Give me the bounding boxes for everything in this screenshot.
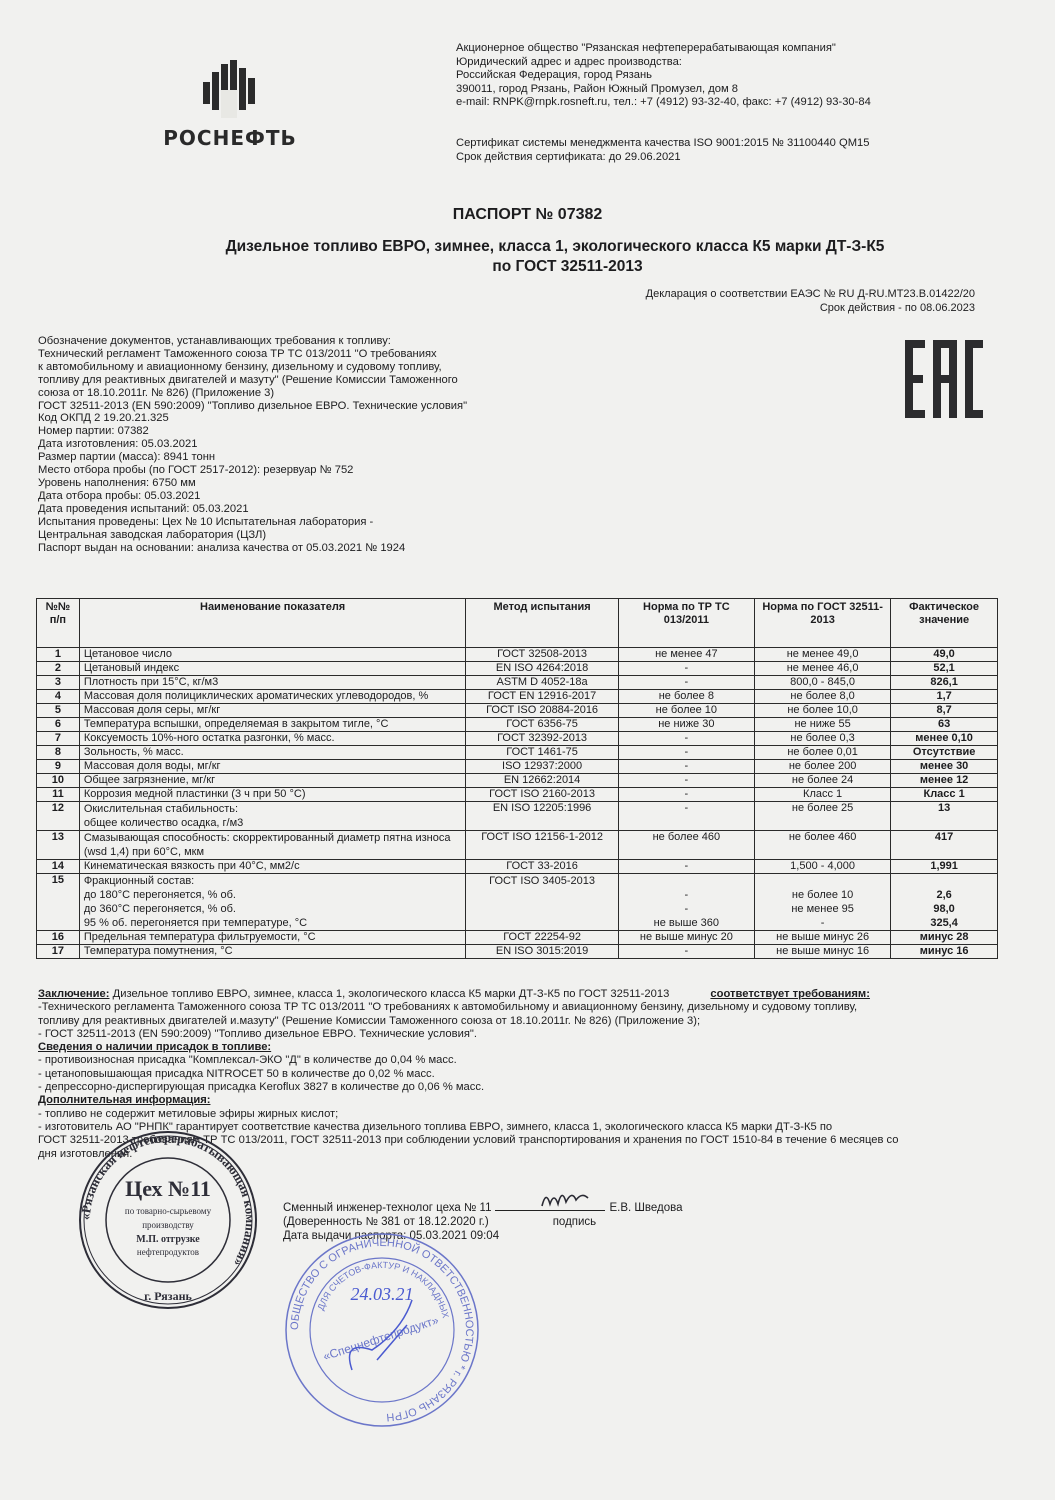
test-method: ГОСТ ISO 2160-2013 bbox=[466, 788, 618, 802]
indicator-name: Кинематическая вязкость при 40°С, мм2/с bbox=[79, 860, 466, 874]
signature-caption: подпись bbox=[553, 1216, 596, 1228]
norm-gost: 800,0 - 845,0 bbox=[755, 676, 891, 690]
test-method: ГОСТ 6356-75 bbox=[466, 718, 618, 732]
table-row: 4Массовая доля полициклических ароматиче… bbox=[37, 690, 998, 704]
actual-value: Отсутствие bbox=[891, 746, 998, 760]
product-standard: по ГОСТ 32511-2013 bbox=[0, 258, 1055, 276]
norm-tr-ts: - bbox=[618, 746, 754, 760]
declaration-number: Декларация о соответствии ЕАЭС № RU Д-RU… bbox=[646, 288, 975, 302]
norm-tr-ts: не более 10 bbox=[618, 704, 754, 718]
info-line: к автомобильному и авиационному бензину,… bbox=[38, 361, 558, 374]
table-row: 2Цетановый индексEN ISO 4264:2018-не мен… bbox=[37, 662, 998, 676]
passport-title: ПАСПОРТ № 07382 bbox=[0, 206, 1055, 224]
test-method: ГОСТ 22254-92 bbox=[466, 931, 618, 945]
norm-tr-ts: не менее 47 bbox=[618, 648, 754, 662]
norm-tr-ts: - bbox=[618, 802, 754, 831]
conclusion-text: Дизельное топливо ЕВРО, зимнее, класса 1… bbox=[110, 988, 670, 1000]
info-line: Паспорт выдан на основании: анализа каче… bbox=[38, 542, 558, 555]
info-line: топливу для реактивных двигателей и мазу… bbox=[38, 374, 558, 387]
col-norm-tr: Норма по ТР ТС 013/2011 bbox=[618, 599, 754, 648]
info-line: Размер партии (масса): 8941 тонн bbox=[38, 451, 558, 464]
address-country: Российская Федерация, город Рязань bbox=[456, 69, 871, 83]
info-line: Дата изготовления: 05.03.2021 bbox=[38, 438, 558, 451]
norm-gost: не выше минус 26 bbox=[755, 931, 891, 945]
col-number: №№ п/п bbox=[37, 599, 80, 648]
product-title: Дизельное топливо ЕВРО, зимнее, класса 1… bbox=[0, 238, 1055, 256]
test-method: ISO 12937:2000 bbox=[466, 760, 618, 774]
row-number: 17 bbox=[37, 945, 80, 959]
info-line: союза от 18.10.2011г. № 826) (Приложение… bbox=[38, 387, 558, 400]
row-number: 14 bbox=[37, 860, 80, 874]
test-method: ГОСТ 33-2016 bbox=[466, 860, 618, 874]
indicator-name: Смазывающая способность: скорректированн… bbox=[79, 831, 466, 860]
actual-value: 13 bbox=[891, 802, 998, 831]
norm-tr-ts: - bbox=[618, 732, 754, 746]
row-number: 16 bbox=[37, 931, 80, 945]
indicator-name: Окислительная стабильность:общее количес… bbox=[79, 802, 466, 831]
test-method: ГОСТ ISO 12156-1-2012 bbox=[466, 831, 618, 860]
indicator-name: Плотность при 15°С, кг/м3 bbox=[79, 676, 466, 690]
indicator-name: Массовая доля воды, мг/кг bbox=[79, 760, 466, 774]
table-row: 7Коксуемость 10%-ного остатка разгонки, … bbox=[37, 732, 998, 746]
actual-value: 8,7 bbox=[891, 704, 998, 718]
address-street: 390011, город Рязань, Район Южный Промуз… bbox=[456, 83, 871, 97]
svg-text:24.03.21: 24.03.21 bbox=[351, 1284, 414, 1304]
actual-value: 417 bbox=[891, 831, 998, 860]
table-row: 15Фракционный состав:до 180°С перегоняет… bbox=[37, 874, 998, 931]
conclusion-label: Заключение: bbox=[38, 988, 110, 1000]
table-row: 17Температура помутнения, °СEN ISO 3015:… bbox=[37, 945, 998, 959]
extra-info-label: Дополнительная информация: bbox=[38, 1094, 1028, 1107]
test-method: EN ISO 12205:1996 bbox=[466, 802, 618, 831]
indicator-name: Предельная температура фильтруемости, °С bbox=[79, 931, 466, 945]
info-line: Дата отбора пробы: 05.03.2021 bbox=[38, 490, 558, 503]
row-number: 7 bbox=[37, 732, 80, 746]
indicator-name: Фракционный состав:до 180°С перегоняется… bbox=[79, 874, 466, 931]
test-method: EN ISO 4264:2018 bbox=[466, 662, 618, 676]
row-number: 15 bbox=[37, 874, 80, 931]
eac-mark-icon bbox=[905, 340, 983, 423]
info-line: Дата проведения испытаний: 05.03.2021 bbox=[38, 503, 558, 516]
actual-value: менее 12 bbox=[891, 774, 998, 788]
company-name: Акционерное общество "Рязанская нефтепер… bbox=[456, 42, 871, 56]
signer-name: Е.В. Шведова bbox=[609, 1202, 682, 1214]
test-method: ГОСТ EN 12916-2017 bbox=[466, 690, 618, 704]
info-line: Технический регламент Таможенного союза … bbox=[38, 348, 558, 361]
indicator-name: Общее загрязнение, мг/кг bbox=[79, 774, 466, 788]
norm-gost: не менее 46,0 bbox=[755, 662, 891, 676]
norm-tr-ts: не более 8 bbox=[618, 690, 754, 704]
test-method: ГОСТ 32508-2013 bbox=[466, 648, 618, 662]
norm-gost: не выше минус 16 bbox=[755, 945, 891, 959]
info-line: Центральная заводская лаборатория (ЦЗЛ) bbox=[38, 529, 558, 542]
norm-gost: не более 8,0 bbox=[755, 690, 891, 704]
norm-gost: Класс 1 bbox=[755, 788, 891, 802]
norm-tr-ts: - bbox=[618, 676, 754, 690]
results-table: №№ п/п Наименование показателя Метод исп… bbox=[36, 598, 998, 959]
indicator-name: Температура помутнения, °С bbox=[79, 945, 466, 959]
norm-gost: не ниже 55 bbox=[755, 718, 891, 732]
norm-gost: не более 10не менее 95- bbox=[755, 874, 891, 931]
extra-info-item: - топливо не содержит метиловые эфиры жи… bbox=[38, 1108, 1028, 1121]
row-number: 8 bbox=[37, 746, 80, 760]
svg-text:М.П. отгрузке: М.П. отгрузке bbox=[136, 1234, 200, 1245]
table-header: №№ п/п Наименование показателя Метод исп… bbox=[37, 599, 998, 648]
table-row: 16Предельная температура фильтруемости, … bbox=[37, 931, 998, 945]
col-method: Метод испытания bbox=[466, 599, 618, 648]
norm-tr-ts: - bbox=[618, 945, 754, 959]
info-line: ГОСТ 32511-2013 (EN 590:2009) "Топливо д… bbox=[38, 400, 558, 413]
contacts: e-mail: RNPK@rnpk.rosneft.ru, тел.: +7 (… bbox=[456, 96, 871, 110]
test-method: ГОСТ ISO 3405-2013 bbox=[466, 874, 618, 931]
table-row: 14Кинематическая вязкость при 40°С, мм2/… bbox=[37, 860, 998, 874]
norm-gost: не менее 49,0 bbox=[755, 648, 891, 662]
table-row: 12Окислительная стабильность:общее колич… bbox=[37, 802, 998, 831]
indicator-name: Массовая доля серы, мг/кг bbox=[79, 704, 466, 718]
indicator-name: Массовая доля полициклических ароматичес… bbox=[79, 690, 466, 704]
norm-tr-ts: - bbox=[618, 860, 754, 874]
norm-tr-ts: - bbox=[618, 774, 754, 788]
conclusion-req-1: -Технического регламента Таможенного сою… bbox=[38, 1001, 1028, 1014]
row-number: 11 bbox=[37, 788, 80, 802]
col-norm-gost: Норма по ГОСТ 32511-2013 bbox=[755, 599, 891, 648]
address-label: Юридический адрес и адрес производства: bbox=[456, 56, 871, 70]
test-method: EN ISO 3015:2019 bbox=[466, 945, 618, 959]
rosneft-emblem-icon bbox=[195, 60, 265, 120]
quality-certificate: Сертификат системы менеджмента качества … bbox=[456, 137, 869, 164]
svg-text:Цех №11: Цех №11 bbox=[125, 1176, 211, 1201]
norm-tr-ts: не ниже 30 bbox=[618, 718, 754, 732]
row-number: 2 bbox=[37, 662, 80, 676]
norm-gost: не более 0,3 bbox=[755, 732, 891, 746]
test-method: ASTM D 4052-18a bbox=[466, 676, 618, 690]
additives-label: Сведения о наличии присадок в топливе: bbox=[38, 1041, 1028, 1054]
conclusion-line: Заключение: Дизельное топливо ЕВРО, зимн… bbox=[38, 988, 1028, 1001]
row-number: 10 bbox=[37, 774, 80, 788]
info-line: Код ОКПД 2 19.20.21.325 bbox=[38, 412, 558, 425]
col-indicator: Наименование показателя bbox=[79, 599, 466, 648]
brand-name: РОСНЕФТЬ bbox=[140, 126, 320, 150]
rosneft-logo: РОСНЕФТЬ bbox=[140, 60, 320, 150]
norm-gost: не более 25 bbox=[755, 802, 891, 831]
table-row: 10Общее загрязнение, мг/кгEN 12662:2014-… bbox=[37, 774, 998, 788]
svg-text:г. Рязань: г. Рязань bbox=[144, 1289, 192, 1303]
row-number: 4 bbox=[37, 690, 80, 704]
actual-value: минус 28 bbox=[891, 931, 998, 945]
actual-value: 52,1 bbox=[891, 662, 998, 676]
table-row: 3Плотность при 15°С, кг/м3ASTM D 4052-18… bbox=[37, 676, 998, 690]
actual-value: Класс 1 bbox=[891, 788, 998, 802]
test-method: ГОСТ ISO 20884-2016 bbox=[466, 704, 618, 718]
declaration: Декларация о соответствии ЕАЭС № RU Д-RU… bbox=[646, 288, 975, 315]
actual-value: 1,991 bbox=[891, 860, 998, 874]
actual-value: 49,0 bbox=[891, 648, 998, 662]
row-number: 5 bbox=[37, 704, 80, 718]
table-row: 11Коррозия медной пластинки (3 ч при 50 … bbox=[37, 788, 998, 802]
conclusion-req-3: - ГОСТ 32511-2013 (EN 590:2009) "Топливо… bbox=[38, 1028, 1028, 1041]
table-row: 5Массовая доля серы, мг/кгГОСТ ISO 20884… bbox=[37, 704, 998, 718]
norm-gost: не более 460 bbox=[755, 831, 891, 860]
row-number: 12 bbox=[37, 802, 80, 831]
norm-gost: 1,500 - 4,000 bbox=[755, 860, 891, 874]
cert-validity: Срок действия сертификата: до 29.06.2021 bbox=[456, 151, 869, 165]
indicator-name: Коксуемость 10%-ного остатка разгонки, %… bbox=[79, 732, 466, 746]
norm-tr-ts: - bbox=[618, 760, 754, 774]
table-row: 9Массовая доля воды, мг/кгISO 12937:2000… bbox=[37, 760, 998, 774]
actual-value: менее 0,10 bbox=[891, 732, 998, 746]
additive-item: - противоизносная присадка "Комплексал-Э… bbox=[38, 1054, 1028, 1067]
actual-value: 826,1 bbox=[891, 676, 998, 690]
indicator-name: Температура вспышки, определяемая в закр… bbox=[79, 718, 466, 732]
receiver-stamp-icon: ОБЩЕСТВО С ОГРАНИЧЕННОЙ ОТВЕТСТВЕННОСТЬЮ… bbox=[282, 1230, 482, 1430]
row-number: 3 bbox=[37, 676, 80, 690]
svg-text:по товарно-сырьевому: по товарно-сырьевому bbox=[125, 1206, 212, 1216]
row-number: 9 bbox=[37, 760, 80, 774]
cert-number: Сертификат системы менеджмента качества … bbox=[456, 137, 869, 151]
table-row: 8Зольность, % масс.ГОСТ 1461-75-не более… bbox=[37, 746, 998, 760]
actual-value: 1,7 bbox=[891, 690, 998, 704]
handwritten-signature-icon bbox=[538, 1186, 598, 1212]
indicator-name: Цетановое число bbox=[79, 648, 466, 662]
norm-gost: не более 10,0 bbox=[755, 704, 891, 718]
norm-gost: не более 0,01 bbox=[755, 746, 891, 760]
document-info: Обозначение документов, устанавливающих … bbox=[38, 335, 558, 554]
svg-text:производству: производству bbox=[142, 1220, 194, 1230]
signer-position: Сменный инженер-технолог цеха № 11 bbox=[283, 1202, 491, 1214]
test-method: ГОСТ 1461-75 bbox=[466, 746, 618, 760]
col-actual: Фактическое значение bbox=[891, 599, 998, 648]
norm-gost: не более 24 bbox=[755, 774, 891, 788]
indicator-name: Коррозия медной пластинки (3 ч при 50 °С… bbox=[79, 788, 466, 802]
info-line: Номер партии: 07382 bbox=[38, 425, 558, 438]
norm-tr-ts: - bbox=[618, 662, 754, 676]
actual-value: 2,698,0325,4 bbox=[891, 874, 998, 931]
additive-item: - цетаноповышающая присадка NITROCET 50 … bbox=[38, 1068, 1028, 1081]
table-row: 13Смазывающая способность: скорректирова… bbox=[37, 831, 998, 860]
info-line: Уровень наполнения: 6750 мм bbox=[38, 477, 558, 490]
test-method: EN 12662:2014 bbox=[466, 774, 618, 788]
conclusion-req-2: топливу для реактивных двигателей и.мазу… bbox=[38, 1015, 1028, 1028]
info-line: Обозначение документов, устанавливающих … bbox=[38, 335, 558, 348]
actual-value: минус 16 bbox=[891, 945, 998, 959]
row-number: 13 bbox=[37, 831, 80, 860]
workshop-stamp-icon: «Рязанская нефтеперерабатывающая компани… bbox=[68, 1128, 268, 1313]
norm-tr-ts: не выше минус 20 bbox=[618, 931, 754, 945]
row-number: 1 bbox=[37, 648, 80, 662]
norm-tr-ts: --не выше 360 bbox=[618, 874, 754, 931]
indicator-name: Зольность, % масс. bbox=[79, 746, 466, 760]
svg-text:нефтепродуктов: нефтепродуктов bbox=[137, 1247, 199, 1257]
declaration-validity: Срок действия - по 08.06.2023 bbox=[646, 302, 975, 316]
norm-tr-ts: не более 460 bbox=[618, 831, 754, 860]
additive-item: - депрессорно-диспергирующая присадка Ke… bbox=[38, 1081, 1028, 1094]
actual-value: 63 bbox=[891, 718, 998, 732]
norm-tr-ts: - bbox=[618, 788, 754, 802]
test-method: ГОСТ 32392-2013 bbox=[466, 732, 618, 746]
row-number: 6 bbox=[37, 718, 80, 732]
info-line: Место отбора пробы (по ГОСТ 2517-2012): … bbox=[38, 464, 558, 477]
table-row: 6Температура вспышки, определяемая в зак… bbox=[37, 718, 998, 732]
complies-label: соответствует требованиям: bbox=[710, 988, 870, 1000]
company-info: Акционерное общество "Рязанская нефтепер… bbox=[456, 42, 871, 110]
info-line: Испытания проведены: Цех № 10 Испытатель… bbox=[38, 516, 558, 529]
norm-gost: не более 200 bbox=[755, 760, 891, 774]
actual-value: менее 30 bbox=[891, 760, 998, 774]
table-row: 1Цетановое числоГОСТ 32508-2013не менее … bbox=[37, 648, 998, 662]
indicator-name: Цетановый индекс bbox=[79, 662, 466, 676]
proxy-note: (Доверенность № 381 от 18.12.2020 г.) bbox=[283, 1216, 489, 1228]
